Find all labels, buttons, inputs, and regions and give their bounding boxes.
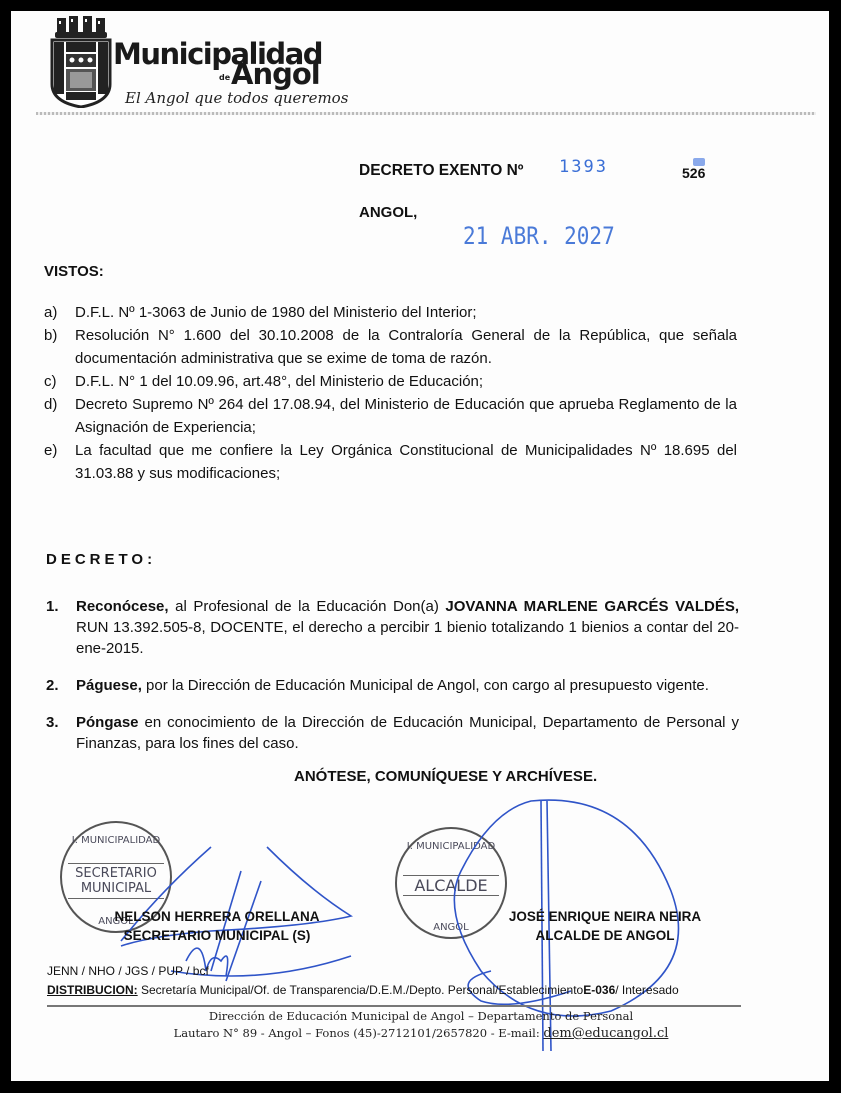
- stamped-decree-number: 1393: [559, 157, 608, 177]
- decree-title: DECRETO EXENTO Nº: [359, 162, 523, 180]
- vistos-item: c)D.F.L. N° 1 del 10.09.96, art.48°, del…: [44, 370, 737, 393]
- mayor-name: JOSÉ ENRIQUE NEIRA NEIRA: [495, 907, 715, 926]
- resolution-list: 1.Reconócese, al Profesional de la Educa…: [46, 596, 739, 770]
- email-link[interactable]: dem@educangol.cl: [543, 1026, 668, 1041]
- beneficiary-name: JOVANNA MARLENE GARCÉS VALDÉS,: [445, 598, 739, 615]
- header-divider: [36, 112, 816, 115]
- mayor-signature-block: JOSÉ ENRIQUE NEIRA NEIRA ALCALDE DE ANGO…: [495, 907, 715, 945]
- brand-wordmark: Municipalidad de Angol: [113, 39, 322, 69]
- footer-line-2: Lautaro N° 89 - Angol – Fonos (45)-27121…: [111, 1025, 731, 1042]
- brand-city: Angol: [231, 59, 320, 89]
- footer-line-1: Dirección de Educación Municipal de Ango…: [111, 1008, 731, 1025]
- date-stamp: 21 ABR. 2027: [463, 222, 615, 250]
- footer: Dirección de Educación Municipal de Ango…: [111, 1008, 731, 1042]
- closing-formula: ANÓTESE, COMUNÍQUESE Y ARCHÍVESE.: [294, 768, 597, 785]
- sequence-number: 526: [682, 165, 705, 181]
- resolution-item: 3.Póngase en conocimiento de la Direcció…: [46, 712, 739, 754]
- decreto-heading: DECRETO:: [46, 551, 156, 568]
- vistos-item: a)D.F.L. Nº 1-3063 de Junio de 1980 del …: [44, 301, 737, 324]
- vistos-heading: VISTOS:: [44, 263, 104, 280]
- distribution-line: DISTRIBUCION: Secretaría Municipal/Of. d…: [47, 983, 679, 997]
- vistos-item: b)Resolución N° 1.600 del 30.10.2008 de …: [44, 324, 737, 370]
- vistos-list: a)D.F.L. Nº 1-3063 de Junio de 1980 del …: [44, 301, 737, 485]
- city-label: ANGOL,: [359, 204, 417, 221]
- secretary-role: SECRETARIO MUNICIPAL (S): [107, 926, 327, 945]
- vistos-item: d)Decreto Supremo Nº 264 del 17.08.94, d…: [44, 393, 737, 439]
- resolution-item: 2.Páguese, por la Dirección de Educación…: [46, 675, 739, 696]
- footer-divider: [47, 1005, 741, 1007]
- vistos-item: e)La facultad que me confiere la Ley Org…: [44, 439, 737, 485]
- initials: JENN / NHO / JGS / PUP / bcf: [47, 964, 209, 978]
- slogan: El Angol que todos queremos: [125, 89, 348, 107]
- municipal-coat-of-arms-icon: [49, 14, 113, 108]
- resolution-item: 1.Reconócese, al Profesional de la Educa…: [46, 596, 739, 659]
- decree-document: Municipalidad de Angol El Angol que todo…: [11, 11, 829, 1081]
- brand-de: de: [219, 73, 230, 82]
- mayor-seal: I. MUNICIPALIDAD ALCALDE ANGOL: [395, 827, 507, 939]
- mayor-role: ALCALDE DE ANGOL: [495, 926, 715, 945]
- secretary-name: NELSON HERRERA ORELLANA: [107, 907, 327, 926]
- secretary-signature-block: NELSON HERRERA ORELLANA SECRETARIO MUNIC…: [107, 907, 327, 945]
